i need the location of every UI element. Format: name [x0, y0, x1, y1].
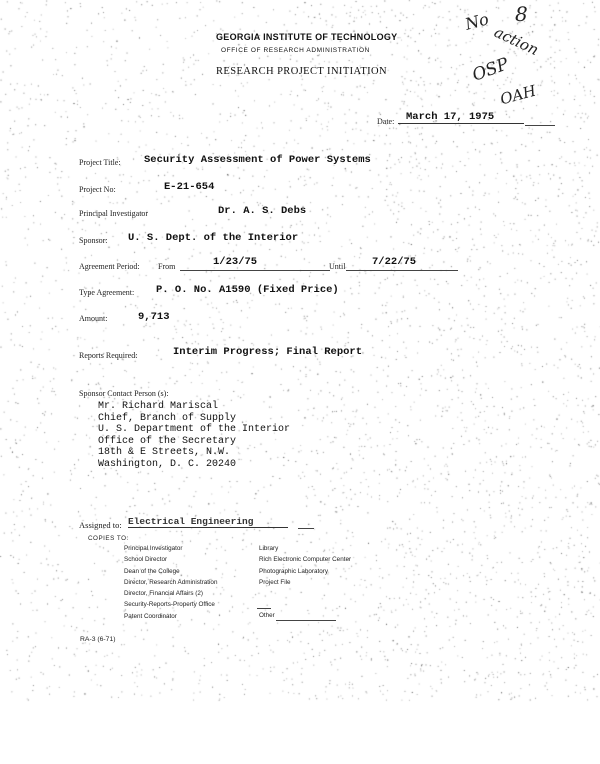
copy-recipient: Director, Financial Affairs (2) — [124, 590, 217, 601]
institution-name: GEORGIA INSTITUTE OF TECHNOLOGY — [216, 32, 397, 42]
copy-recipient: Photographic Laboratory — [259, 568, 351, 579]
copy-recipient: Principal Investigator — [124, 545, 217, 556]
office-name: OFFICE OF RESEARCH ADMINISTRATION — [221, 47, 370, 54]
project-title-label: Project Title: — [79, 158, 121, 167]
copy-recipient: Director, Research Administration — [124, 579, 217, 590]
sponsor-contact-address: Mr. Richard Mariscal Chief, Branch of Su… — [98, 401, 290, 470]
copies-right-column: Library Rich Electronic Computer Center … — [259, 545, 351, 590]
project-no-label: Project No: — [79, 185, 116, 194]
project-title-value: Security Assessment of Power Systems — [144, 154, 371, 166]
project-no-value: E-21-654 — [164, 181, 214, 193]
reports-required-value: Interim Progress; Final Report — [173, 346, 362, 358]
contact-line: Office of the Secretary — [98, 436, 290, 448]
agreement-until-label: Until — [329, 262, 345, 271]
sponsor-label: Sponsor: — [79, 236, 107, 245]
copy-recipient-other: Other — [259, 612, 275, 619]
handwritten-note-action: action — [491, 23, 541, 59]
copy-recipient: Patent Coordinator — [124, 613, 217, 624]
handwritten-note-osp: OSP — [470, 54, 512, 85]
reports-required-label: Reports Required: — [79, 351, 137, 360]
copy-recipient: Dean of the College — [124, 568, 217, 579]
form-title: RESEARCH PROJECT INITIATION — [216, 66, 387, 77]
principal-investigator-value: Dr. A. S. Debs — [218, 205, 306, 217]
handwritten-note-no: No — [463, 9, 491, 33]
copy-recipient: Project File — [259, 579, 351, 590]
date-value: March 17, 1975 — [398, 111, 524, 124]
handwritten-note-initials: OAH — [498, 82, 538, 109]
principal-investigator-label: Principal Investigator — [79, 209, 148, 218]
copy-recipient: Rich Electronic Computer Center — [259, 556, 351, 567]
sponsor-contact-label: Sponsor Contact Person (s): — [79, 389, 169, 398]
copy-recipient: Security-Reports-Property Office — [124, 601, 217, 612]
copies-left-column: Principal Investigator School Director D… — [124, 545, 217, 624]
contact-line: Mr. Richard Mariscal — [98, 401, 290, 413]
agreement-period-label: Agreement Period: — [79, 262, 140, 271]
agreement-from-value: 1/23/75 — [213, 256, 257, 268]
contact-line: 18th & E Streets, N.W. — [98, 447, 290, 459]
assigned-to-label: Assigned to: — [79, 520, 122, 530]
type-agreement-value: P. O. No. A1590 (Fixed Price) — [156, 284, 339, 296]
sponsor-value: U. S. Dept. of the Interior — [128, 232, 298, 244]
contact-line: Washington, D. C. 20240 — [98, 459, 290, 471]
type-agreement-label: Type Agreement: — [79, 288, 134, 297]
agreement-until-value: 7/22/75 — [372, 256, 416, 268]
amount-value: 9,713 — [138, 311, 170, 323]
agreement-from-label: From — [158, 262, 175, 271]
copies-to-label: COPIES TO: — [88, 535, 129, 542]
amount-label: Amount: — [79, 314, 107, 323]
contact-line: U. S. Department of the Interior — [98, 424, 290, 436]
copy-recipient: Library — [259, 545, 351, 556]
assigned-to-value: Electrical Engineering — [128, 516, 288, 528]
handwritten-note-8: 8 — [515, 2, 528, 26]
copy-recipient: School Director — [124, 556, 217, 567]
contact-line: Chief, Branch of Supply — [98, 413, 290, 425]
form-number: RA-3 (6-71) — [80, 636, 116, 643]
date-label: Date: — [377, 117, 394, 126]
